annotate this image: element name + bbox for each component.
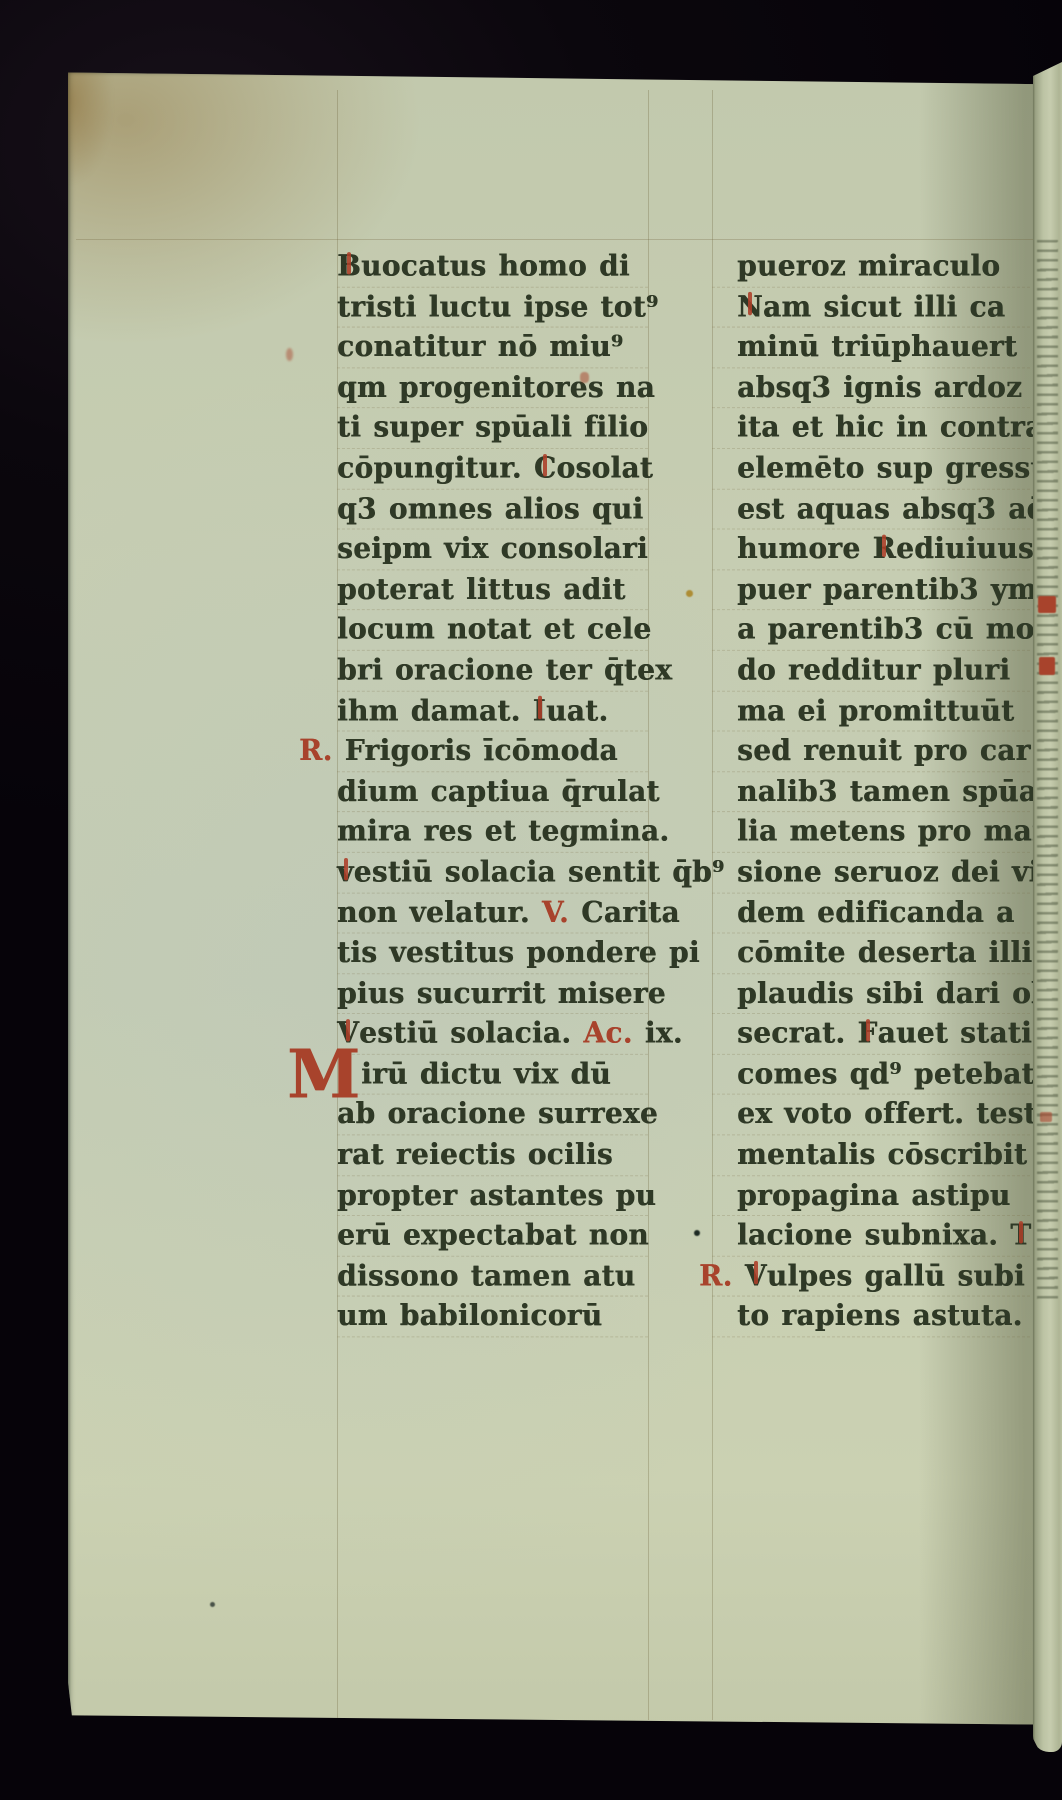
body-text: lacione subnixa. [737, 1218, 1010, 1252]
body-text: ix. [633, 1016, 683, 1050]
body-text: ita et hic in contrariū [737, 411, 1062, 445]
body-text: um babilonicorū [337, 1299, 602, 1333]
text-line: Buocatus homo di [337, 247, 648, 287]
text-line: Nam sicut illi ca [712, 287, 1030, 327]
text-line: to rapiens astuta. M° [712, 1297, 1030, 1337]
fore-edge-text [1037, 240, 1058, 1300]
body-text: pueroz miraculo [737, 249, 1000, 283]
body-text: humore [737, 532, 872, 566]
text-line: vestiū solacia sentit q̄b⁹ [337, 853, 648, 893]
text-line: conatitur nō miu⁹ [337, 328, 648, 368]
text-line: ex voto offert. testa [712, 1095, 1030, 1135]
text-line: tis vestitus pondere pi [337, 934, 648, 974]
body-text: nalib3 tamen spūa [737, 774, 1037, 808]
rubricated-letter: R [872, 530, 896, 569]
body-text: Frigoris īcōmoda [333, 734, 618, 768]
body-text: absq3 ignis ardoz [737, 370, 1022, 404]
text-line: R. Vulpes gallū subi [712, 1257, 1030, 1297]
body-text: uat. [546, 693, 608, 727]
rubricated-letter: V [745, 1257, 767, 1296]
rubricated-letter: T [1010, 1216, 1031, 1255]
body-text: bri oracione ter q̄tex [337, 653, 672, 687]
text-line: pius sucurrit misere [337, 974, 648, 1014]
text-line: seipm vix consolari [337, 530, 648, 570]
text-line: mentalis cōscribit [712, 1135, 1030, 1175]
text-line: a parentib3 cū mol [712, 610, 1030, 650]
text-line: minū triūphauert [712, 328, 1030, 368]
text-line: poterat littus adit [337, 570, 648, 610]
rubricated-initial: M [287, 1059, 358, 1090]
text-line: erū expectabat non [337, 1216, 648, 1256]
body-text: poterat littus adit [337, 572, 626, 606]
rubricated-letter: C [534, 449, 557, 488]
body-text: comes qd⁹ petebat [737, 1057, 1035, 1091]
body-text: auet stati [878, 1016, 1032, 1050]
rubric-text: Ac. [583, 1016, 632, 1050]
fore-edge-rubric-mark-3 [1040, 1112, 1052, 1122]
body-text: ex voto offert. testa [737, 1097, 1055, 1131]
body-text: tristi luctu ipse tot⁹ [337, 289, 658, 323]
body-text: est aquas absq3 aq̄3 [737, 491, 1062, 525]
ruling-line-horizontal-top [76, 239, 1036, 240]
body-text: secrat. [737, 1016, 857, 1050]
body-text: cōpungitur. [337, 451, 534, 485]
text-line: absq3 ignis ardoz [712, 368, 1030, 408]
text-line: cōpungitur. Cosolat [337, 449, 648, 489]
body-text: qm progenitores na [337, 370, 655, 404]
body-text: pius sucurrit misere [337, 976, 666, 1010]
text-line: sione seruoz dei vi [712, 853, 1030, 893]
text-line: ma ei promittuūt [712, 691, 1030, 731]
body-text: ihm damat. [337, 693, 533, 727]
body-text: am sicut illi ca [763, 289, 1005, 323]
red-margin-mark-1 [286, 348, 293, 361]
body-text: dissono tamen atu [337, 1259, 635, 1293]
body-text: plaudis sibi dari ob [737, 976, 1051, 1010]
yellow-fleck [686, 590, 693, 597]
body-text: minū triūphauert [737, 330, 1017, 364]
text-line: R. Frigoris īcōmoda [337, 732, 648, 772]
body-text: sione seruoz dei vi [737, 855, 1039, 889]
manuscript-page: Buocatus homo ditristi luctu ipse tot⁹co… [68, 70, 1035, 1732]
text-line: propagina astipu [712, 1176, 1030, 1216]
rubricated-letter: I [533, 691, 546, 730]
text-line: ab oracione surrexe [337, 1095, 648, 1135]
body-text: ma ei promittuūt [737, 693, 1014, 727]
rubric-text: V. [542, 895, 569, 929]
text-line: bri oracione ter q̄tex [337, 651, 648, 691]
text-line: humore Rediuiuus [712, 530, 1030, 570]
body-text: do redditur pluri [737, 653, 1010, 687]
body-text: puer parentib3 ymo [737, 572, 1056, 606]
text-line: lacione subnixa. T [712, 1216, 1030, 1256]
text-line: dissono tamen atu [337, 1257, 648, 1297]
body-text [733, 1259, 745, 1293]
body-text: lia metens pro man [737, 814, 1053, 848]
text-line: rat reiectis ocilis [337, 1135, 648, 1175]
text-column-right: pueroz miraculoNam sicut illi caminū tri… [712, 247, 1030, 1337]
text-line: ihm damat. Iuat. [337, 691, 648, 731]
rubric-text: R. [299, 734, 333, 768]
text-line: sed renuit pro car [712, 732, 1030, 772]
body-text: uocatus homo di [361, 249, 630, 283]
body-text: q3 omnes alios qui [337, 491, 643, 525]
rubricated-letter: F [857, 1014, 877, 1053]
text-line: est aquas absq3 aq̄3 [712, 489, 1030, 529]
body-text: ediuiuus [896, 532, 1034, 566]
body-text: dem edificanda a [737, 895, 1014, 929]
text-line: dium captiua q̄rulat [337, 772, 648, 812]
rubric-text: R. [699, 1259, 733, 1293]
body-text: ab oracione surrexe [337, 1097, 658, 1131]
fore-edge-rubric-mark-1 [1038, 596, 1056, 613]
body-text: locum notat et cele [337, 613, 651, 647]
fore-edge-rubric-mark-2 [1039, 657, 1055, 675]
text-line: pueroz miraculo [712, 247, 1030, 287]
text-line: non velatur. V. Carita [337, 893, 648, 933]
body-text: elemēto sup gressu [737, 451, 1051, 485]
text-line: plaudis sibi dari ob [712, 974, 1030, 1014]
body-text: estiū solacia sentit q̄b⁹ [354, 855, 725, 889]
text-line: lia metens pro man [712, 812, 1030, 852]
text-line: cōmite deserta illi⁹ [712, 934, 1030, 974]
ink-speck-1 [694, 1230, 700, 1236]
body-text: mira res et tegmina. [337, 814, 669, 848]
body-text: sed renuit pro car [737, 734, 1031, 768]
body-text: tis vestitus pondere pi [337, 936, 700, 970]
text-line: Mirū dictu vix dū [337, 1055, 648, 1095]
text-line: locum notat et cele [337, 610, 648, 650]
text-line: propter astantes pu [337, 1176, 648, 1216]
text-line: ita et hic in contrariū [712, 409, 1030, 449]
body-text: irū dictu vix dū [361, 1057, 611, 1091]
body-text: mentalis cōscribit [737, 1138, 1027, 1172]
text-line: do redditur pluri [712, 651, 1030, 691]
body-text: cōmite deserta illi⁹ [737, 936, 1045, 970]
body-text: seipm vix consolari [337, 532, 648, 566]
body-text: conatitur nō miu⁹ [337, 330, 623, 364]
rubricated-letter: v [337, 853, 354, 892]
text-line: comes qd⁹ petebat [712, 1055, 1030, 1095]
body-text: a parentib3 cū mol [737, 613, 1045, 647]
rubricated-letter: B [337, 247, 361, 286]
body-text: estiū solacia. [359, 1016, 583, 1050]
text-line: qm progenitores na [337, 368, 648, 408]
text-line: dem edificanda a [712, 893, 1030, 933]
corner-stain [62, 62, 152, 252]
text-line: elemēto sup gressu [712, 449, 1030, 489]
text-line: um babilonicorū [337, 1297, 648, 1337]
body-text: ti super spūali filio [337, 411, 648, 445]
body-text: rat reiectis ocilis [337, 1138, 613, 1172]
text-line: q3 omnes alios qui [337, 489, 648, 529]
text-column-left: Buocatus homo ditristi luctu ipse tot⁹co… [337, 247, 648, 1337]
body-text: non velatur. [337, 895, 542, 929]
ink-speck-2 [210, 1602, 215, 1607]
rubricated-letter: N [737, 287, 763, 326]
body-text: ulpes gallū subi [767, 1259, 1025, 1293]
body-text: to rapiens astuta. [737, 1299, 1035, 1333]
red-margin-mark-2 [580, 372, 589, 383]
body-text: erū expectabat non [337, 1218, 649, 1252]
body-text: propter astantes pu [337, 1178, 656, 1212]
body-text: dium captiua q̄rulat [337, 774, 660, 808]
body-text: osolat [556, 451, 653, 485]
text-line: mira res et tegmina. [337, 812, 648, 852]
text-line: puer parentib3 ymo [712, 570, 1030, 610]
text-line: tristi luctu ipse tot⁹ [337, 287, 648, 327]
body-text: propagina astipu [737, 1178, 1010, 1212]
text-line: secrat. Fauet stati [712, 1014, 1030, 1054]
body-text: Carita [569, 895, 680, 929]
text-line: Vestiū solacia. Ac. ix. [337, 1014, 648, 1054]
text-line: ti super spūali filio [337, 409, 648, 449]
text-line: nalib3 tamen spūa [712, 772, 1030, 812]
manuscript-photograph: Buocatus homo ditristi luctu ipse tot⁹co… [0, 0, 1062, 1800]
